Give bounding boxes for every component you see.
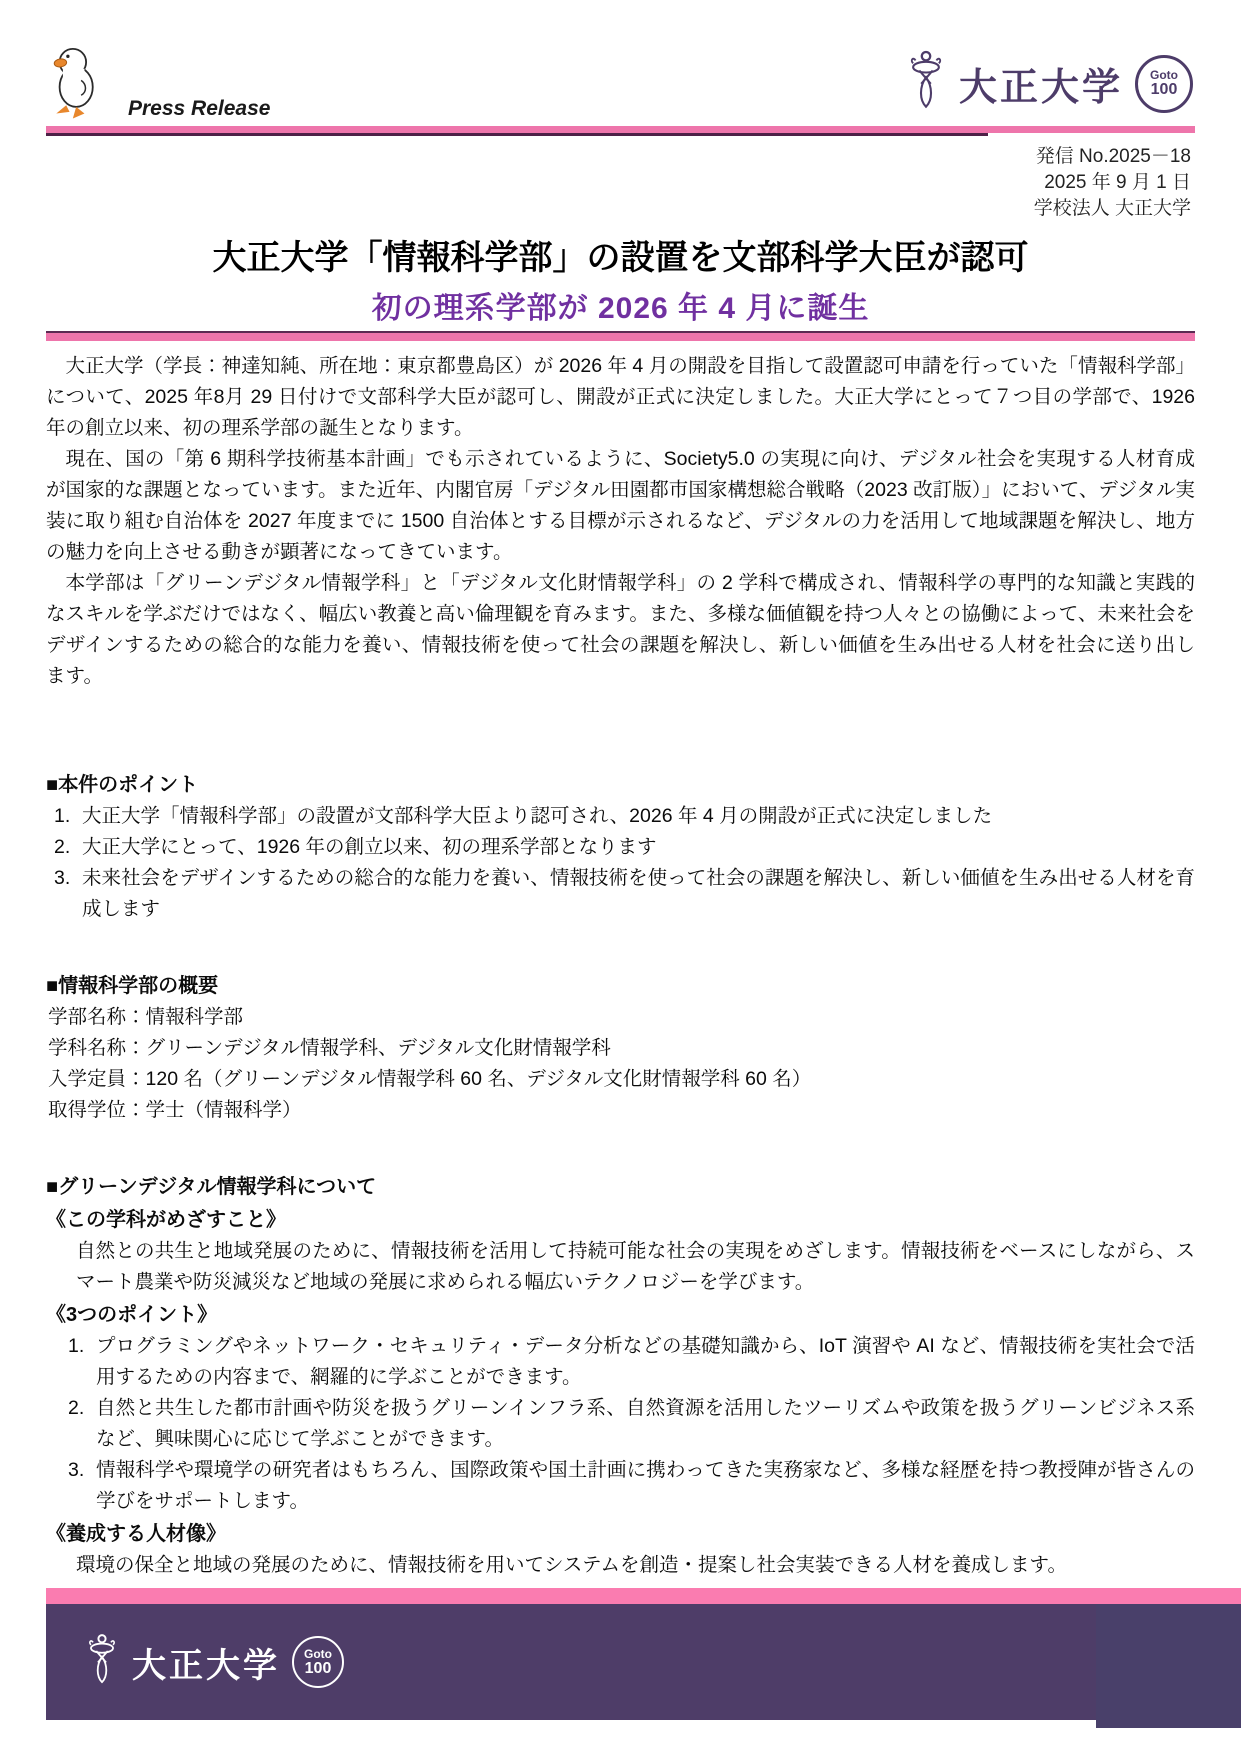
subheading-jinzai: 《養成する人材像》 (46, 1519, 1195, 1550)
subheading-three-points: 《3つのポイント》 (46, 1300, 1195, 1331)
university-name: 大正大学 (959, 56, 1123, 111)
footer-pink-band (46, 1588, 1241, 1604)
item-text: 自然と共生した都市計画や防災を扱うグリーンインフラ系、自然資源を活用したツーリズ… (96, 1393, 1195, 1455)
green-point-1: 1. プログラミングやネットワーク・セキュリティ・データ分析などの基礎知識から、… (46, 1331, 1195, 1393)
item-text: 大正大学にとって、1926 年の創立以来、初の理系学部となります (82, 832, 1195, 863)
overview-line-1: 学部名称：情報科学部 (46, 1002, 1195, 1033)
meta-block: 発信 No.2025－18 2025 年 9 月 1 日 学校法人 大正大学 (0, 144, 1241, 222)
footer: 大正大学 Goto 100 (46, 1588, 1241, 1720)
aim-text: 自然との共生と地域発展のために、情報技術を活用して持続可能な社会の実現をめざしま… (46, 1236, 1195, 1298)
overview-line-3: 入学定員：120 名（グリーンデジタル情報学科 60 名、デジタル文化財情報学科… (46, 1064, 1195, 1095)
header-left: Press Release (48, 42, 270, 127)
footer-university-name: 大正大学 (132, 1638, 280, 1687)
doc-org: 学校法人 大正大学 (0, 196, 1191, 222)
duck-mascot-icon (48, 42, 106, 127)
green-point-2: 2. 自然と共生した都市計画や防災を扱うグリーンインフラ系、自然資源を活用したツ… (46, 1393, 1195, 1455)
item-number: 1. (60, 1331, 96, 1362)
item-number: 2. (46, 832, 82, 863)
item-text: プログラミングやネットワーク・セキュリティ・データ分析などの基礎知識から、IoT… (96, 1331, 1195, 1393)
footer-shade (1096, 1604, 1241, 1728)
point-item-2: 2. 大正大学にとって、1926 年の創立以来、初の理系学部となります (46, 832, 1195, 863)
university-logo: 大正大学 Goto 100 (905, 50, 1193, 117)
taisho-person-icon-white (84, 1632, 120, 1693)
item-number: 3. (60, 1455, 96, 1486)
item-number: 3. (46, 863, 82, 894)
body-content: 大正大学（学長：神達知純、所在地：東京都豊島区）が 2026 年 4 月の開設を… (0, 341, 1241, 1581)
jinzai-text: 環境の保全と地域の発展のために、情報技術を用いてシステムを創造・提案し社会実装で… (46, 1550, 1195, 1581)
doc-date: 2025 年 9 月 1 日 (0, 170, 1191, 196)
item-text: 未来社会をデザインするための総合的な能力を養い、情報技術を使って社会の課題を解決… (82, 863, 1195, 925)
section-heading-points: ■本件のポイント (46, 770, 1195, 801)
overview-line-4: 取得学位：学士（情報科学） (46, 1095, 1195, 1126)
press-release-page: Press Release 大正大学 Goto 100 (0, 0, 1241, 1755)
paragraph-2: 現在、国の「第 6 期科学技術基本計画」でも示されているように、Society5… (46, 444, 1195, 568)
item-number: 1. (46, 801, 82, 832)
green-point-3: 3. 情報科学や環境学の研究者はもちろん、国際政策や国土計画に携わってきた実務家… (46, 1455, 1195, 1517)
goto100-badge-icon: Goto 100 (1135, 55, 1193, 113)
header-divider (46, 126, 1195, 136)
section-heading-green-dept: ■グリーンデジタル情報学科について (46, 1172, 1195, 1203)
taisho-person-icon (905, 50, 947, 117)
page-subtitle: 初の理系学部が 2026 年 4 月に誕生 (0, 283, 1241, 327)
item-text: 大正大学「情報科学部」の設置が文部科学大臣より認可され、2026 年 4 月の開… (82, 801, 1195, 832)
point-item-1: 1. 大正大学「情報科学部」の設置が文部科学大臣より認可され、2026 年 4 … (46, 801, 1195, 832)
footer-purple-band: 大正大学 Goto 100 (46, 1604, 1241, 1720)
footer-goto100-badge-icon: Goto 100 (292, 1636, 344, 1688)
point-item-3: 3. 未来社会をデザインするための総合的な能力を養い、情報技術を使って社会の課題… (46, 863, 1195, 925)
subtitle-divider (46, 331, 1195, 341)
item-text: 情報科学や環境学の研究者はもちろん、国際政策や国土計画に携わってきた実務家など、… (96, 1455, 1195, 1517)
footer-university-logo: 大正大学 Goto 100 (84, 1632, 344, 1693)
press-release-label: Press Release (128, 97, 270, 127)
page-title: 大正大学「情報科学部」の設置を文部科学大臣が認可 (0, 230, 1241, 279)
section-heading-overview: ■情報科学部の概要 (46, 971, 1195, 1002)
doc-number: 発信 No.2025－18 (0, 144, 1191, 170)
overview-line-2: 学科名称：グリーンデジタル情報学科、デジタル文化財情報学科 (46, 1033, 1195, 1064)
header: Press Release 大正大学 Goto 100 (0, 0, 1241, 126)
paragraph-3: 本学部は「グリーンデジタル情報学科」と「デジタル文化財情報学科」の 2 学科で構… (46, 568, 1195, 692)
subheading-aim: 《この学科がめざすこと》 (46, 1205, 1195, 1236)
paragraph-1: 大正大学（学長：神達知純、所在地：東京都豊島区）が 2026 年 4 月の開設を… (46, 351, 1195, 444)
item-number: 2. (60, 1393, 96, 1424)
